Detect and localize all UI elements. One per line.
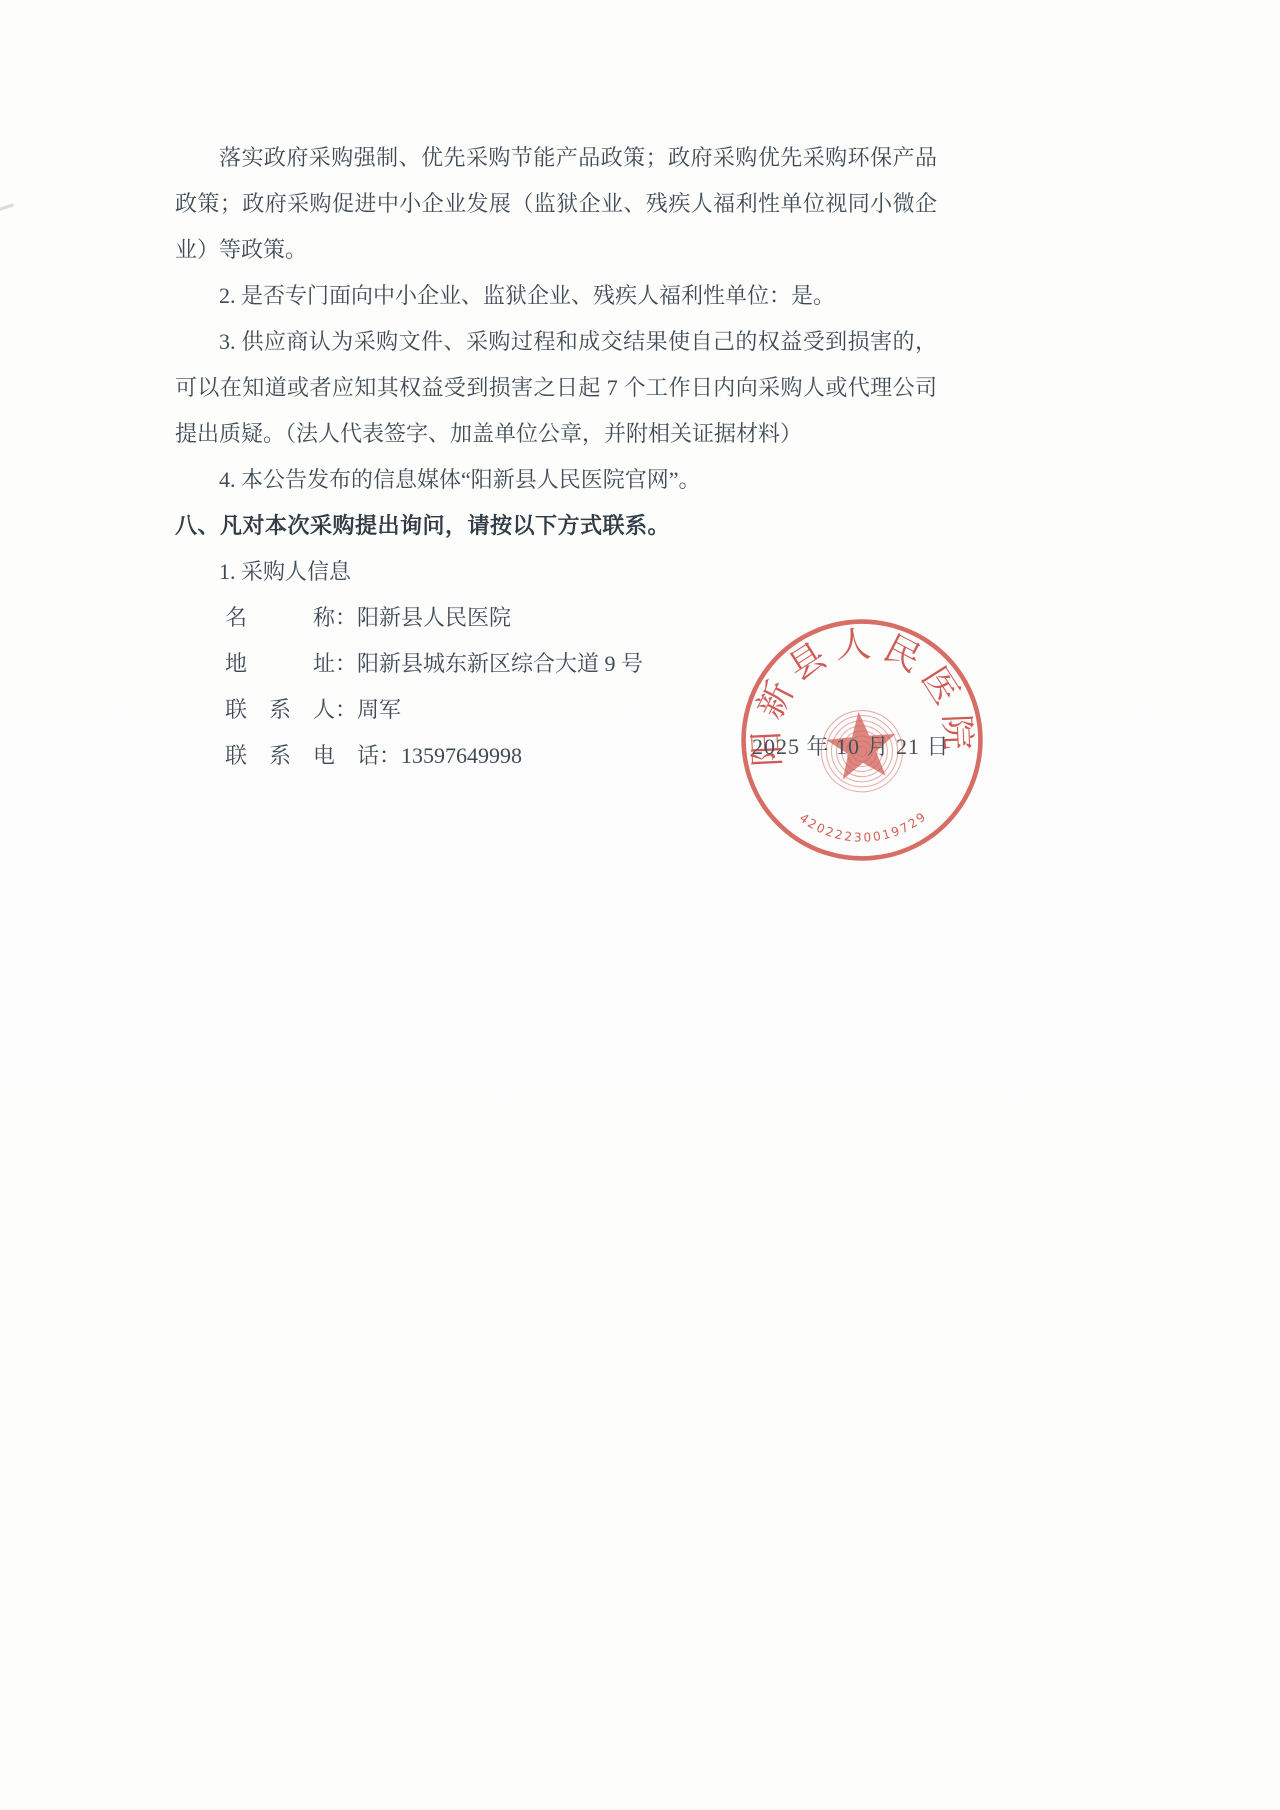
contact-name-label: 名 称：	[225, 605, 357, 630]
paragraph-supplier-objection: 3. 供应商认为采购文件、采购过程和成交结果使自己的权益受到损害的，可以在知道或…	[175, 319, 937, 457]
contact-person-label: 联 系 人：	[225, 697, 357, 722]
contact-name-value: 阳新县人民医院	[357, 605, 511, 630]
contact-address-label: 地 址：	[225, 651, 357, 676]
paragraph-announcement-media: 4. 本公告发布的信息媒体“阳新县人民医院官网”。	[175, 457, 937, 503]
paragraph-purchaser-info-title: 1. 采购人信息	[175, 549, 937, 595]
contact-phone-label: 联 系 电 话：	[225, 743, 401, 768]
contact-person-value: 周军	[357, 697, 401, 722]
scan-artifact	[0, 203, 14, 211]
section-heading-contact: 八、凡对本次采购提出询问，请按以下方式联系。	[175, 503, 937, 549]
paragraph-smb-orientation: 2. 是否专门面向中小企业、监狱企业、残疾人福利性单位：是。	[175, 273, 937, 319]
seal-serial-number: 42022230019729	[796, 800, 932, 851]
contact-phone-value: 13597649998	[401, 743, 522, 768]
issue-date: 2025 年 10 月 21 日	[752, 730, 992, 761]
paragraph-policy: 落实政府采购强制、优先采购节能产品政策；政府采购优先采购环保产品政策；政府采购促…	[175, 135, 937, 273]
document-page: 落实政府采购强制、优先采购节能产品政策；政府采购优先采购环保产品政策；政府采购促…	[0, 0, 1280, 1810]
contact-address-value: 阳新县城东新区综合大道 9 号	[357, 651, 643, 676]
